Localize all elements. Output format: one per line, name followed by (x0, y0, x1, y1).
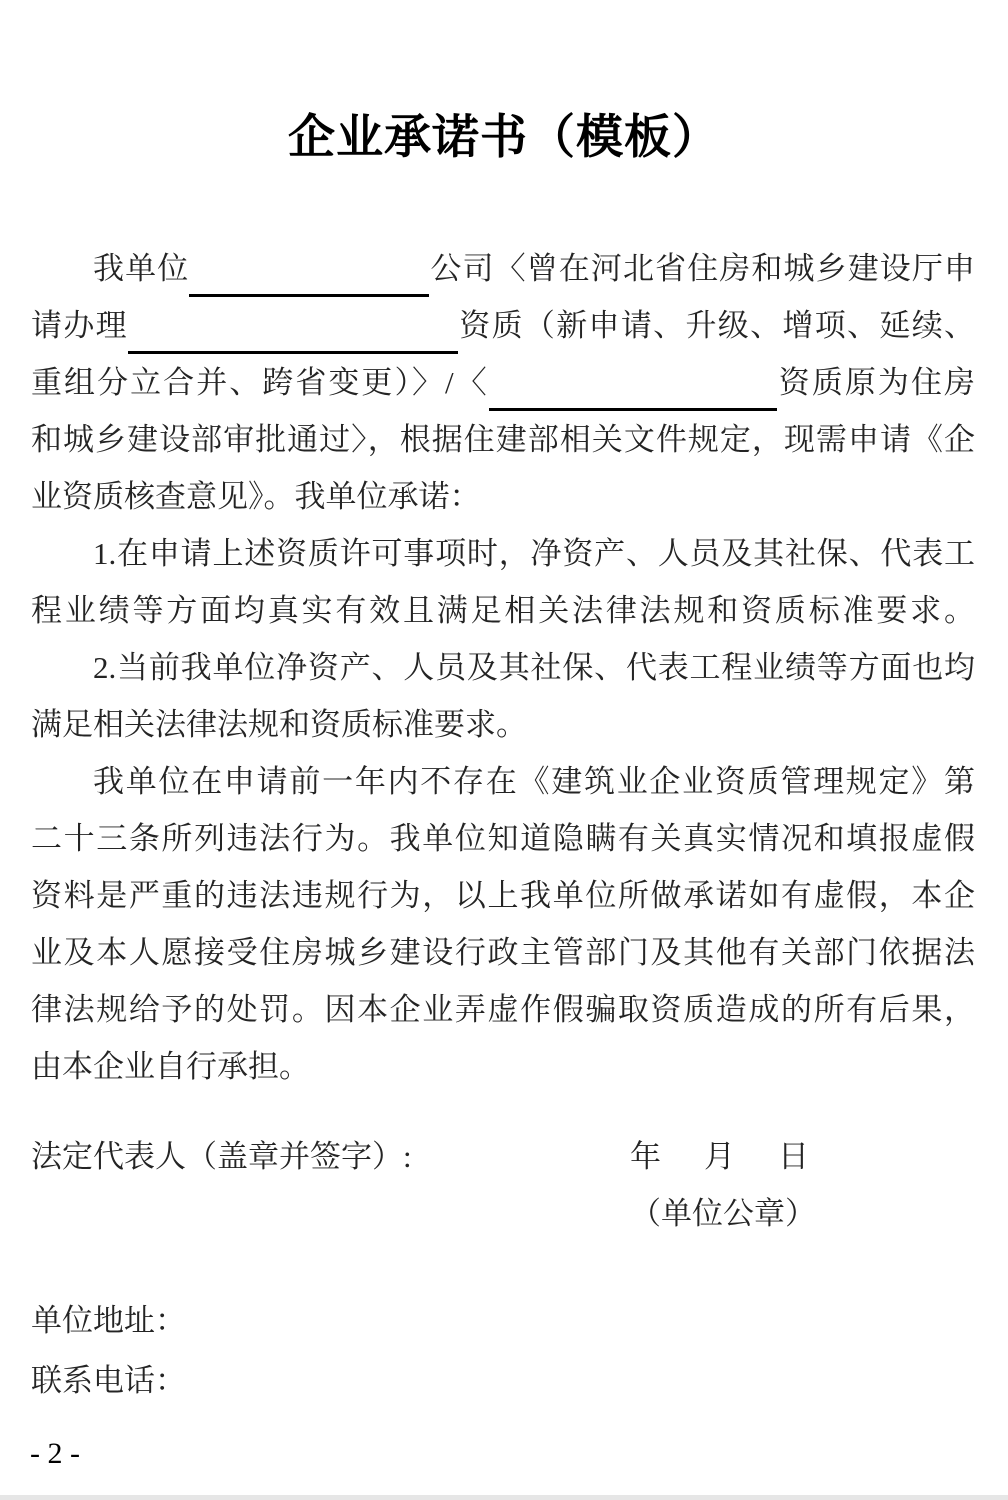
line2-post-text: 资质（新申请、升级、增项、延续、 (458, 308, 975, 343)
body-line: 由本企业自行承担。 (31, 1038, 975, 1095)
body-line: 和城乡建设部审批通过〉，根据住建部相关文件规定，现需申请《企 (31, 411, 975, 468)
line1-pre-text: 我单位 (93, 251, 189, 286)
phone-label: 联系电话： (31, 1352, 186, 1409)
applied-qualification-blank (128, 309, 458, 354)
body-line: 资料是严重的违法违规行为，以上我单位所做承诺如有虚假，本企 (31, 867, 975, 924)
date-year-label: 年 (630, 1128, 661, 1185)
date-month-label: 月 (704, 1128, 735, 1185)
document-body: 我单位公司〈曾在河北省住房和城乡建设厅申 请办理资质（新申请、升级、增项、延续、… (31, 240, 975, 1095)
body-line: 二十三条所列违法行为。我单位知道隐瞒有关真实情况和填报虚假 (31, 810, 975, 867)
body-line: 业资质核查意见》。我单位承诺： (31, 468, 975, 525)
address-label: 单位地址： (31, 1292, 186, 1349)
legal-representative-label: 法定代表人（盖章并签字）: (31, 1139, 412, 1174)
line1-post-text: 公司〈曾在河北省住房和城乡建设厅申 (429, 251, 975, 286)
signature-row: 法定代表人（盖章并签字）: 年 月 日 (31, 1128, 975, 1185)
body-line: 满足相关法律法规和资质标准要求。 (31, 696, 975, 753)
body-line: 我单位公司〈曾在河北省住房和城乡建设厅申 (31, 240, 975, 297)
line2-pre-text: 请办理 (31, 308, 128, 343)
body-line: 重组分立合并、跨省变更）〉/〈资质原为住房 (31, 354, 975, 411)
body-line: 1.在申请上述资质许可事项时，净资产、人员及其社保、代表工 (31, 525, 975, 582)
body-line: 2.当前我单位净资产、人员及其社保、代表工程业绩等方面也均 (31, 639, 975, 696)
date-day-label: 日 (778, 1128, 809, 1185)
company-seal-label: （单位公章） (630, 1185, 816, 1242)
document-title: 企业承诺书（模板） (0, 98, 1008, 178)
company-name-blank (189, 252, 429, 297)
original-qualification-blank (489, 366, 777, 411)
page-bottom-edge (0, 1495, 1008, 1500)
body-line: 我单位在申请前一年内不存在《建筑业企业资质管理规定》第 (31, 753, 975, 810)
body-line: 请办理资质（新申请、升级、增项、延续、 (31, 297, 975, 354)
line3-post-text: 资质原为住房 (777, 365, 975, 400)
body-line: 业及本人愿接受住房城乡建设行政主管部门及其他有关部门依据法 (31, 924, 975, 981)
page-number: - 2 - (30, 1425, 80, 1482)
body-line: 程业绩等方面均真实有效且满足相关法律法规和资质标准要求。 (31, 582, 975, 639)
date-fields: 年 月 日 (630, 1128, 809, 1185)
line3-pre-text: 重组分立合并、跨省变更）〉/〈 (31, 365, 489, 400)
document-page: 企业承诺书（模板） 我单位公司〈曾在河北省住房和城乡建设厅申 请办理资质（新申请… (0, 0, 1008, 1500)
body-line: 律法规给予的处罚。因本企业弄虚作假骗取资质造成的所有后果， (31, 981, 975, 1038)
